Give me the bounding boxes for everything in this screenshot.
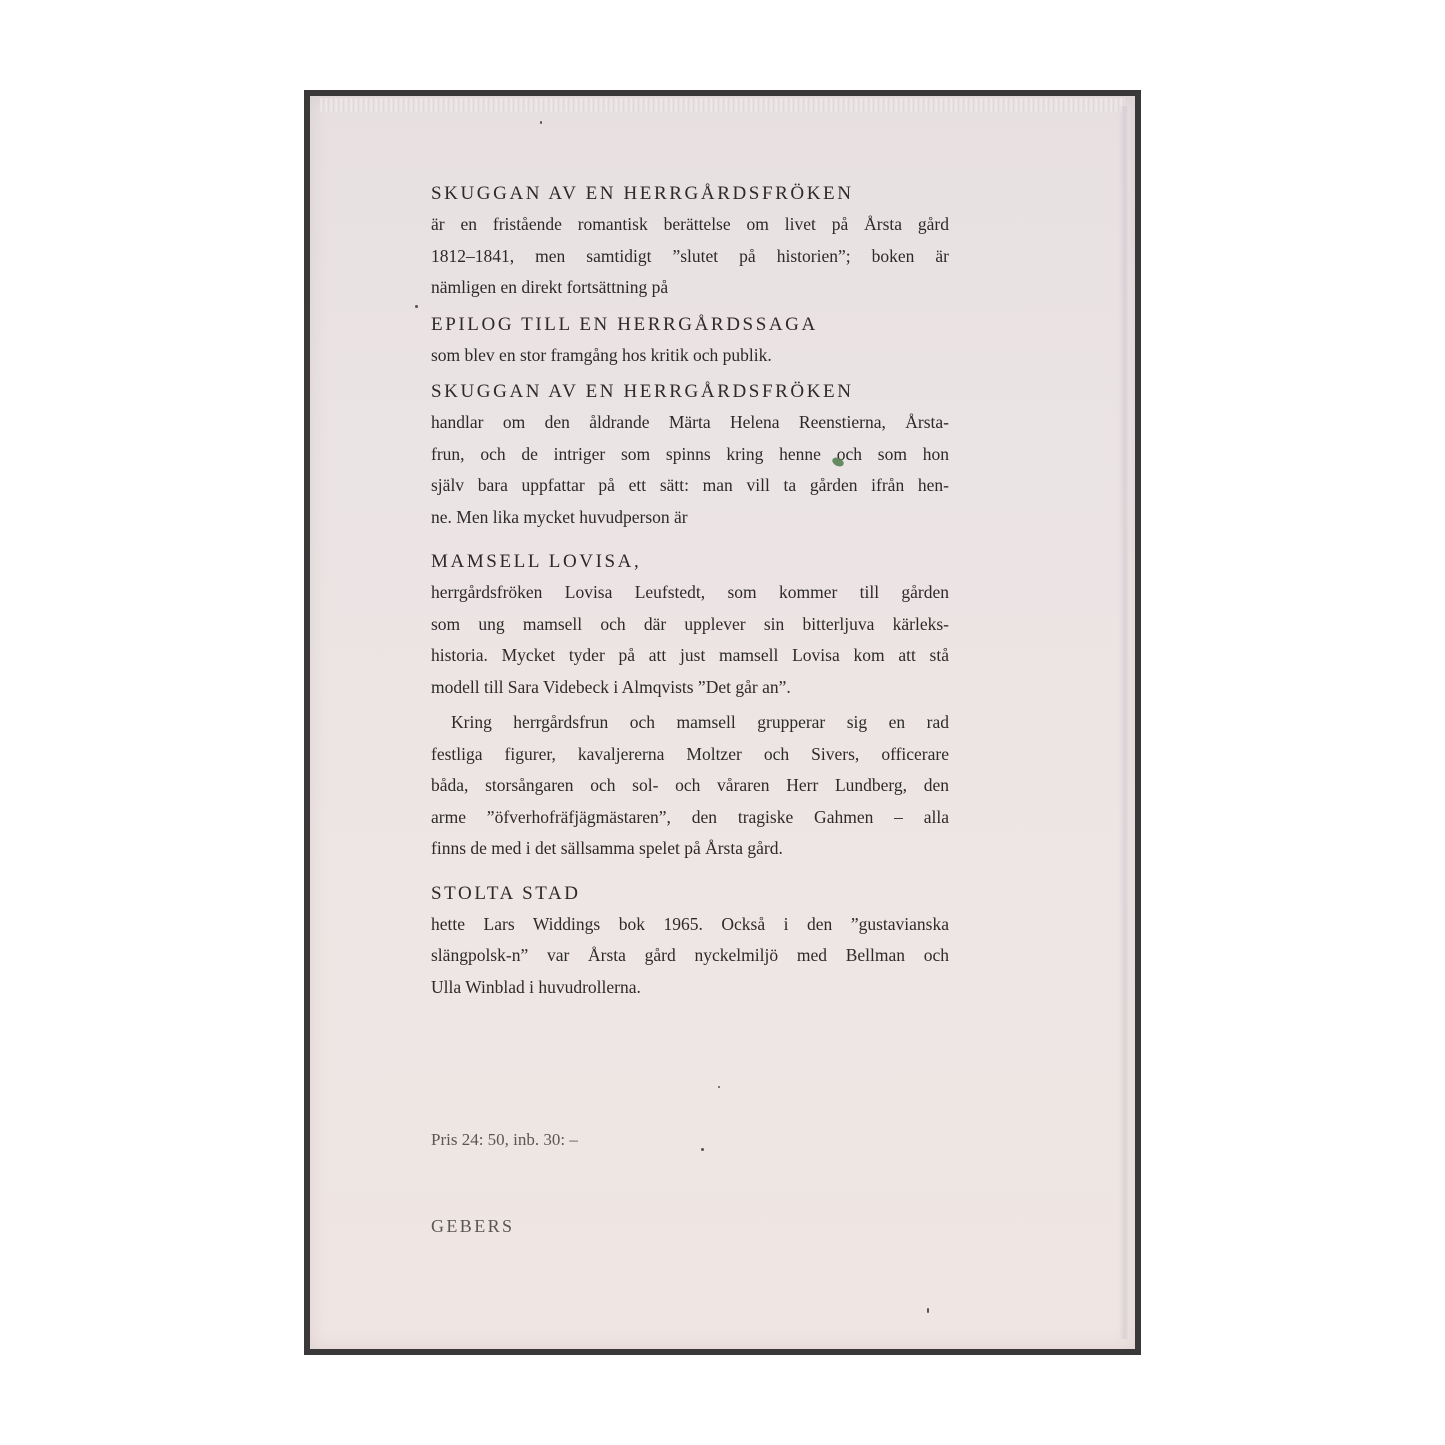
text-line: nämligen en direkt fortsättning på [431, 272, 949, 304]
speck-mark [701, 1148, 704, 1151]
text-line: arme ”öfverhofräfjägmästaren”, den tragi… [431, 802, 949, 834]
section-heading: STOLTA STAD [431, 879, 949, 909]
text-line: finns de med i det sällsamma spelet på Å… [431, 833, 949, 865]
section-heading: EPILOG TILL EN HERRGÅRDSSAGA [431, 310, 949, 340]
text-line: 1812–1841, men samtidigt ”slutet på hist… [431, 241, 949, 273]
text-line: Ulla Winblad i huvudrollerna. [431, 972, 949, 1004]
book-back-cover: SKUGGAN AV EN HERRGÅRDSFRÖKEN är en fris… [310, 96, 1135, 1349]
text-line: modell till Sara Videbeck i Almqvists ”D… [431, 672, 949, 704]
section-paragraph: Kring herrgårdsfrun och mamsell gruppera… [431, 707, 949, 865]
section-paragraph: hette Lars Widdings bok 1965. Också i de… [431, 909, 949, 1004]
text-line: som ung mamsell och där upplever sin bit… [431, 609, 949, 641]
page-top-edge [320, 98, 1125, 112]
text-line: handlar om den åldrande Märta Helena Ree… [431, 407, 949, 439]
text-line: själv bara uppfattar på ett sätt: man vi… [431, 470, 949, 502]
text-line: frun, och de intriger som spinns kring h… [431, 439, 949, 471]
book-cover-frame: SKUGGAN AV EN HERRGÅRDSFRÖKEN är en fris… [304, 90, 1141, 1355]
speck-mark [415, 305, 418, 308]
blurb-text: SKUGGAN AV EN HERRGÅRDSFRÖKEN är en fris… [431, 179, 949, 1003]
section-heading: MAMSELL LOVISA, [431, 547, 949, 577]
speck-mark [540, 121, 542, 124]
section-paragraph: är en fristående romantisk berättelse om… [431, 209, 949, 304]
price-label: Pris 24: 50, inb. 30: – [431, 1130, 578, 1150]
section-paragraph: som blev en stor framgång hos kritik och… [431, 340, 949, 372]
text-line: slängpolsk-n” var Årsta gård nyckelmiljö… [431, 940, 949, 972]
text-line: festliga figurer, kavaljererna Moltzer o… [431, 739, 949, 771]
text-line: som blev en stor framgång hos kritik och… [431, 340, 949, 372]
text-line: historia. Mycket tyder på att just mamse… [431, 640, 949, 672]
section-heading: SKUGGAN AV EN HERRGÅRDSFRÖKEN [431, 179, 949, 209]
speck-mark [718, 1086, 720, 1088]
text-line: ne. Men lika mycket huvudperson är [431, 502, 949, 534]
section-paragraph: herrgårdsfröken Lovisa Leufstedt, som ko… [431, 577, 949, 703]
text-line: Kring herrgårdsfrun och mamsell gruppera… [431, 707, 949, 739]
text-line: är en fristående romantisk berättelse om… [431, 209, 949, 241]
section-paragraph: handlar om den åldrande Märta Helena Ree… [431, 407, 949, 533]
text-line: båda, storsångaren och sol- och våraren … [431, 770, 949, 802]
text-line: hette Lars Widdings bok 1965. Också i de… [431, 909, 949, 941]
publisher-name: GEBERS [431, 1216, 514, 1237]
text-line: herrgårdsfröken Lovisa Leufstedt, som ko… [431, 577, 949, 609]
page-right-edge [1119, 106, 1129, 1339]
section-heading: SKUGGAN AV EN HERRGÅRDSFRÖKEN [431, 377, 949, 407]
speck-mark [927, 1308, 929, 1313]
